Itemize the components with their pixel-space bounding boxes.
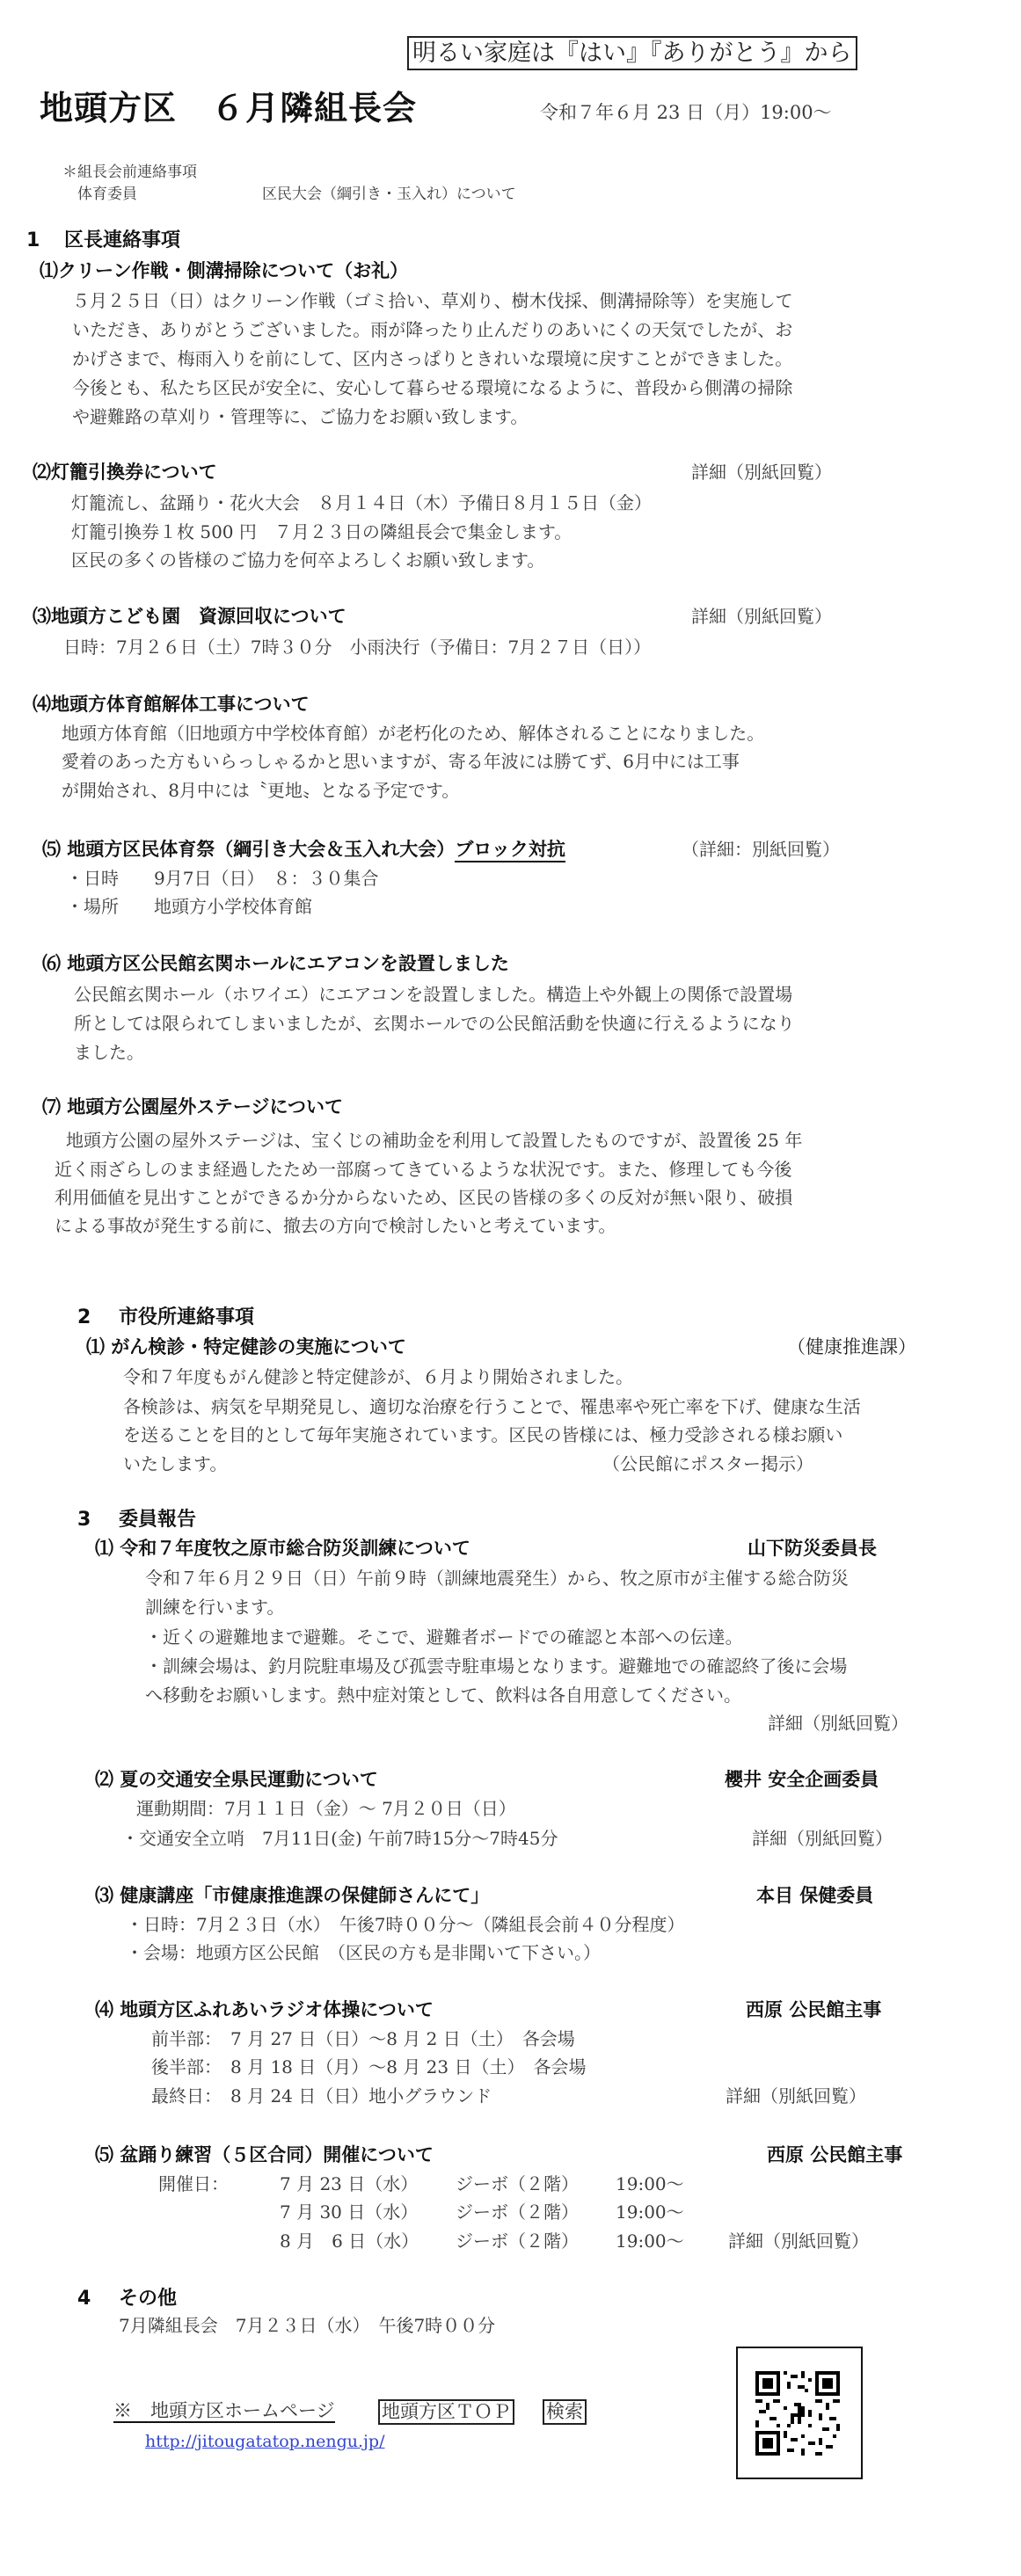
search-term-box[interactable]: 地頭方区ＴＯＰ [378, 2399, 514, 2425]
s3-item5-detail: 詳細（別紙回覧） [728, 2232, 869, 2250]
s1-item1-line: いただき、ありがとうございました。雨が降ったり止んだりのあいにくの天気でしたが、… [72, 321, 792, 338]
s2-item1-line: 各検診は、病気を早期発見し、適切な治療を行うことで、罹患率や死亡率を下げ、健康な… [123, 1398, 861, 1415]
s1-item2-line: 灯籠流し、盆踊り・花火大会 ８月１４日（木）予備日８月１５日（金） [71, 494, 652, 512]
s3-item2-detail: 詳細（別紙回覧） [752, 1830, 893, 1847]
schedule-date: 7 月 23 日（水） [280, 2175, 418, 2193]
s3-item2-line: 運動期間：7月１１日（金）〜 7月２０日（日） [136, 1800, 516, 1817]
pre-meeting-topic: 区民大会（綱引き・玉入れ）について [262, 187, 516, 202]
s1-item1-line: ５月２５日（日）はクリーン作戦（ゴミ拾い、草刈り、樹木伐採、側溝掃除等）を実施し… [72, 292, 793, 309]
s2-item1-note: （公民館にポスター掲示） [602, 1455, 813, 1473]
s2-item1-dept: （健康推進課） [787, 1338, 916, 1357]
schedule-date: 8 月 6 日（水） [280, 2232, 419, 2250]
schedule-place: ジーボ（２階） [456, 2203, 579, 2221]
s3-item1-detail: 詳細（別紙回覧） [768, 1714, 908, 1732]
s1-item7-line: 近く雨ざらしのまま経過したため一部腐ってきているような状況です。また、修理しても… [55, 1161, 791, 1178]
s3-item4-line: 最終日： 8 月 24 日（日）地小グラウンド [151, 2087, 492, 2105]
s1-item5-detail: （詳細：別紙回覧） [682, 840, 840, 858]
s1-item1-line: かげさまで、梅雨入りを前にして、区内さっぱりときれいな環境に戻すことができました… [72, 350, 792, 367]
s3-item1-line: へ移動をお願いします。熱中症対策として、飲料は各自用意してください。 [145, 1686, 741, 1704]
s1-item1-label: ⑴クリーン作戦・側溝掃除について（お礼） [40, 262, 408, 280]
s1-item5-label-underlined: ブロック対抗 [455, 839, 565, 862]
homepage-url-link[interactable]: http://jitougatatop.nengu.jp/ [145, 2434, 385, 2450]
s3-item4-line: 前半部： 7 月 27 日（日）〜8 月 2 日（土） 各会場 [151, 2030, 575, 2048]
section-4-title: その他 [119, 2289, 177, 2309]
qr-code-icon [755, 2371, 840, 2456]
s1-item5-label-text: ⑸ 地頭方区民体育祭（綱引き大会＆玉入れ大会） [42, 839, 455, 860]
s3-item1-line: 令和７年６月２９日（日）午前９時（訓練地震発生）から、牧之原市が主催する総合防災 [145, 1569, 849, 1587]
section-2-number: 2 [77, 1308, 91, 1328]
s1-item2-line: 灯籠引換券１枚 500 円 ７月２３日の隣組長会で集金します。 [71, 523, 572, 541]
s1-item6-line: 所としては限られてしまいましたが、玄関ホールでの公民館活動を快適に行えるようにな… [74, 1015, 795, 1032]
s2-item1-label: ⑴ がん検診・特定健診の実施について [86, 1338, 406, 1357]
s3-item3-line: ・日時：7月２３日（水） 午後7時００分〜（隣組長会前４０分程度） [126, 1916, 684, 1933]
s1-item4-line: が開始され、8月中には〝更地〟となる予定です。 [62, 782, 459, 799]
s1-item5-label: ⑸ 地頭方区民体育祭（綱引き大会＆玉入れ大会）ブロック対抗 [42, 840, 565, 859]
meeting-date: 令和７年６月 23 日（月）19:00〜 [540, 104, 832, 122]
section-3-number: 3 [77, 1510, 91, 1530]
s3-item1-reporter: 山下防災委員長 [748, 1539, 877, 1558]
section-1-title: 区長連絡事項 [64, 231, 180, 251]
section-3-title: 委員報告 [119, 1510, 196, 1530]
schedule-time: 19:00〜 [616, 2175, 684, 2193]
pre-meeting-note: ＊組長会前連絡事項 [62, 165, 197, 180]
s3-item5-reporter: 西原 公民館主事 [767, 2146, 902, 2165]
slogan-box: 明るい家庭は『はい』『ありがとう』から [407, 36, 857, 70]
s3-item4-label: ⑷ 地頭方区ふれあいラジオ体操について [95, 2001, 434, 2019]
s1-item4-line: 愛着のあった方もいらっしゃるかと思いますが、寄る年波には勝てず、6月中には工事 [62, 753, 740, 770]
s3-item5-label: ⑸ 盆踊り練習（５区合同）開催について [95, 2146, 434, 2165]
s2-item1-line: を送ることを目的として毎年実施されています。区民の皆様には、極力受診される様お願… [123, 1426, 842, 1444]
search-button[interactable]: 検索 [543, 2399, 587, 2425]
schedule-time: 19:00〜 [616, 2203, 684, 2221]
s3-item3-label: ⑶ 健康講座「市健康推進課の保健師さんにて」 [95, 1887, 489, 1905]
s1-item7-line: による事故が発生する前に、撤去の方向で検討したいと考えています。 [55, 1217, 616, 1234]
s3-item2-label: ⑵ 夏の交通安全県民運動について [95, 1771, 378, 1789]
section-4-number: 4 [77, 2289, 91, 2309]
s1-item4-line: 地頭方体育館（旧地頭方中学校体育館）が老朽化のため、解体されることになりました。 [62, 724, 764, 742]
s3-item5-schedule-label: 開催日： [158, 2175, 229, 2193]
section-2-title: 市役所連絡事項 [119, 1308, 254, 1328]
s1-item5-line: ・場所 地頭方小学校体育館 [66, 898, 312, 915]
s3-item3-reporter: 本目 保健委員 [756, 1887, 873, 1905]
s1-item5-line: ・日時 9月7日（日） ８：３０集合 [66, 870, 378, 887]
s1-item6-label: ⑹ 地頭方区公民館玄関ホールにエアコンを設置しました [42, 955, 509, 973]
s1-item7-line: 地頭方公園の屋外ステージは、宝くじの補助金を利用して設置したものですが、設置後 … [66, 1132, 802, 1149]
s2-item1-line: 令和７年度もがん健診と特定健診が、６月より開始されました。 [123, 1368, 633, 1386]
s1-item6-line: ました。 [74, 1044, 144, 1061]
s3-item1-line: ・近くの避難地まで避難。そこで、避難者ボードでの確認と本部への伝達。 [145, 1628, 743, 1646]
s1-item6-line: 公民館玄関ホール（ホワイエ）にエアコンを設置しました。構造上や外観上の関係で設置… [74, 986, 792, 1003]
s3-item2-line: ・交通安全立哨 7月11日(金) 午前7時15分〜7時45分 [121, 1830, 558, 1847]
s1-item3-line: 日時：7月２６日（土）7時３０分 小雨決行（予備日：7月２７日（日）） [63, 638, 651, 656]
s2-item1-line: いたします。 [123, 1455, 227, 1473]
homepage-label: ※ 地頭方区ホームページ [113, 2402, 335, 2423]
s1-item7-line: 利用価値を見出すことができるか分からないため、区民の皆様の多くの反対が無い限り、… [55, 1189, 792, 1206]
s3-item4-line: 後半部： 8 月 18 日（月）〜8 月 23 日（土） 各会場 [151, 2058, 587, 2076]
page-title: 地頭方区 ６月隣組長会 [40, 91, 417, 125]
s1-item7-label: ⑺ 地頭方公園屋外ステージについて [42, 1098, 343, 1117]
qr-code-box [736, 2347, 863, 2479]
schedule-place: ジーボ（２階） [456, 2175, 579, 2193]
s3-item1-line: ・訓練会場は、釣月院駐車場及び孤雲寺駐車場となります。避難地での確認終了後に会場 [145, 1657, 847, 1675]
s3-item3-line: ・会場：地頭方区公民館 （区民の方も是非聞いて下さい。） [126, 1944, 601, 1961]
s3-item1-line: 訓練を行います。 [145, 1598, 284, 1616]
s1-item3-detail: 詳細（別紙回覧） [691, 608, 832, 625]
pre-meeting-role: 体育委員 [77, 187, 137, 202]
schedule-time: 19:00〜 [616, 2232, 684, 2250]
section-1-number: 1 [26, 231, 40, 251]
s4-line: 7月隣組長会 7月２３日（水） 午後7時００分 [119, 2317, 495, 2334]
s3-item4-detail: 詳細（別紙回覧） [726, 2087, 866, 2105]
s3-item1-label: ⑴ 令和７年度牧之原市総合防災訓練について [95, 1539, 470, 1558]
s3-item2-reporter: 櫻井 安全企画委員 [725, 1771, 879, 1789]
s1-item1-line: 今後とも、私たち区民が安全に、安心して暮らせる環境になるように、普段から側溝の掃… [72, 379, 792, 397]
s1-item2-line: 区民の多くの皆様のご協力を何卒よろしくお願い致します。 [71, 551, 544, 569]
s1-item3-label: ⑶地頭方こども園 資源回収について [33, 608, 346, 626]
s1-item2-label: ⑵灯籠引換券について [33, 463, 217, 482]
schedule-place: ジーボ（２階） [456, 2232, 579, 2250]
s1-item1-line: や避難路の草刈り・管理等に、ご協力をお願い致します。 [72, 408, 528, 426]
s3-item4-reporter: 西原 公民館主事 [746, 2001, 881, 2019]
s1-item4-label: ⑷地頭方体育館解体工事について [33, 695, 310, 714]
schedule-date: 7 月 30 日（水） [280, 2203, 418, 2221]
s1-item2-detail: 詳細（別紙回覧） [691, 463, 832, 481]
